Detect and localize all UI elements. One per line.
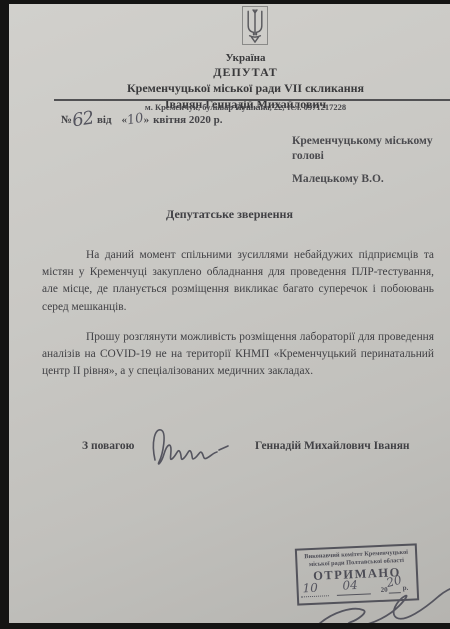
ref-day-handwritten: 10 xyxy=(126,111,145,129)
ukraine-trident-icon xyxy=(242,6,268,45)
ref-date-rest: квітня 2020 р. xyxy=(153,114,222,126)
recipient-name: Малецькому В.О. xyxy=(292,172,450,187)
body-paragraph-2: Прошу розглянути можливість розміщення л… xyxy=(42,329,434,381)
recipient-block: Кременчуцькому міському голові Малецьком… xyxy=(292,134,450,187)
letterhead-divider xyxy=(54,99,450,101)
signer-name: Геннадій Михайлович Іванян xyxy=(255,440,410,452)
letter-body: На даний момент спільними зусиллями неба… xyxy=(42,247,434,393)
letterhead: Україна ДЕПУТАТ Кременчуцької міської ра… xyxy=(9,6,450,112)
recipient-line1: Кременчуцькому міському xyxy=(292,134,450,149)
ref-number-line: №62від«10»квітня 2020 р. xyxy=(61,107,222,128)
ref-number-prefix: № xyxy=(61,114,72,126)
signature-row: З повагою Геннадій Михайлович Іванян xyxy=(9,420,450,480)
closing-salutation: З повагою xyxy=(82,440,134,452)
body-paragraph-1: На даний момент спільними зусиллями неба… xyxy=(42,247,434,316)
recipient-line2: голові xyxy=(292,149,450,164)
ref-number-handwritten: 62 xyxy=(71,107,95,131)
country-name: Україна xyxy=(41,52,450,64)
signature-scribble xyxy=(147,420,232,472)
ref-from-word: від xyxy=(97,114,112,126)
scanned-letter-photo: Україна ДЕПУТАТ Кременчуцької міської ра… xyxy=(0,0,450,629)
bottom-signature-scribble xyxy=(305,588,450,623)
letter-paper: Україна ДЕПУТАТ Кременчуцької міської ра… xyxy=(9,4,450,623)
subject-title: Депутатське звернення xyxy=(9,207,450,222)
deputy-title: ДЕПУТАТ xyxy=(41,65,450,80)
council-line: Кременчуцької міської ради VII скликання xyxy=(41,81,450,96)
